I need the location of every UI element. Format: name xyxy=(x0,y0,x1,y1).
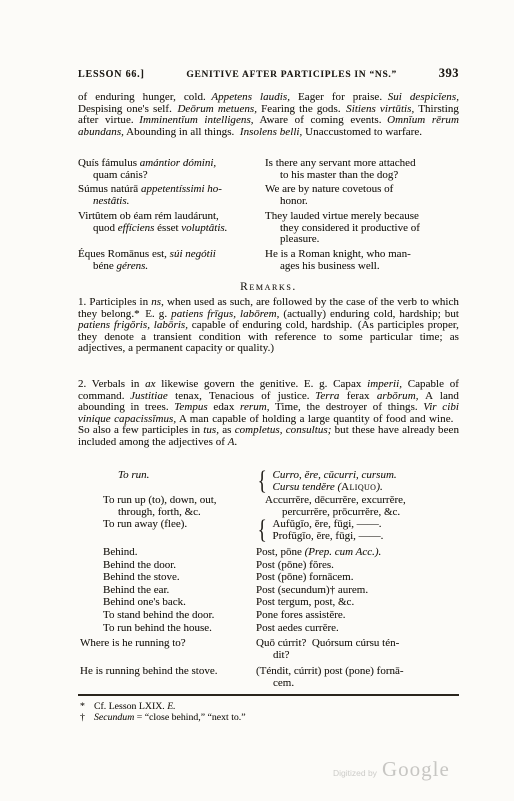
lesson-label: LESSON 66.] xyxy=(78,69,145,80)
text-line: to his master than the dog? xyxy=(265,170,459,182)
text-line: Post (pōne) fornācem. xyxy=(256,571,459,583)
footnote-mark: † xyxy=(78,712,94,723)
text-line: cem. xyxy=(256,677,459,689)
text-line: To run. xyxy=(118,469,256,481)
text-line: To stand behind the door. xyxy=(103,609,256,621)
text-line: He is running behind the stove. xyxy=(80,665,256,677)
vocab-english-phrase: Behind. xyxy=(78,546,256,558)
text-line: To run up (to), down, out, xyxy=(103,494,256,506)
text-line: Post (pōne) fŏres. xyxy=(256,559,459,571)
page-number: 393 xyxy=(439,66,459,81)
vocab-latin-phrase: Quō cúrrit? Quórsum cúrsu tén-dit? xyxy=(256,637,459,661)
vocab-row: Behind.Post, pōne (Prep. cum Acc.). xyxy=(78,546,459,558)
vocab-row: To run up (to), down, out,through, forth… xyxy=(78,494,459,518)
watermark: Digitized by Google xyxy=(333,757,450,782)
footnote: †Secundum = “close behind,” “next to.” xyxy=(78,712,459,723)
latin-sentence: Súmus natúrā appetentíssimi ho-nestâtis. xyxy=(78,184,258,208)
vocab-row: To stand behind the door.Pone fores assi… xyxy=(78,609,459,621)
vocab-latin-phrase: Pone fores assistĕre. xyxy=(256,609,459,621)
text-line: through, forth, &c. xyxy=(103,506,256,518)
vocab-english-phrase: To run. xyxy=(78,469,256,493)
text-line: Behind one's back. xyxy=(103,596,256,608)
footnote: *Cf. Lesson LXIX. E. xyxy=(78,701,459,712)
vocab-row: To run.{Curro, ĕre, cŭcurri, cursum.Curs… xyxy=(78,469,459,493)
english-translation: Is there any servant more attachedto his… xyxy=(258,158,459,182)
vocab-row: He is running behind the stove.(Téndit, … xyxy=(78,665,459,689)
remark-paragraph-2: 2. Verbals in ax likewise govern the gen… xyxy=(78,379,459,449)
text-line: To run behind the house. xyxy=(103,622,256,634)
latin-sentence: Éques Romānus est, súi negótiibéne géren… xyxy=(78,249,258,273)
footnote-text: Secundum = “close behind,” “next to.” xyxy=(94,712,459,723)
vocab-table: To run.{Curro, ĕre, cŭcurri, cursum.Curs… xyxy=(78,469,459,690)
vocab-english-phrase: To stand behind the door. xyxy=(78,609,256,621)
text-line: dit? xyxy=(256,649,459,661)
text-line: Behind the door. xyxy=(103,559,256,571)
vocab-row: Behind one's back.Post tergum, post, &c. xyxy=(78,596,459,608)
sentence-pair: Quís fámulus amántior dómini,quam cánis?… xyxy=(78,158,459,182)
sentence-pairs: Quís fámulus amántior dómini,quam cánis?… xyxy=(78,158,459,276)
text-line: Behind the stove. xyxy=(103,571,256,583)
vocab-row: To run behind the house.Post aedes currĕ… xyxy=(78,622,459,634)
vocab-latin-phrase: Post (pōne) fŏres. xyxy=(256,559,459,571)
text-line: Behind. xyxy=(103,546,256,558)
footnotes: *Cf. Lesson LXIX. E.†Secundum = “close b… xyxy=(78,701,459,724)
text-line: Post aedes currĕre. xyxy=(256,622,459,634)
text-line: Pone fores assistĕre. xyxy=(256,609,459,621)
vocab-row: To run away (flee).{Aufŭgĭo, ĕre, fūgi, … xyxy=(78,518,459,542)
brace-icon: { xyxy=(258,519,267,541)
text-line: To run away (flee). xyxy=(103,518,256,530)
english-translation: They lauded virtue merely becausethey co… xyxy=(258,211,459,247)
english-translation: He is a Roman knight, who man-ages his b… xyxy=(258,249,459,273)
intro-paragraph: of enduring hunger, cold. Appetens laudi… xyxy=(78,92,459,138)
watermark-prefix: Digitized by xyxy=(333,768,377,778)
vocab-latin-phrase: Post aedes currĕre. xyxy=(256,622,459,634)
google-logo: Google xyxy=(382,757,450,782)
page-title: GENITIVE AFTER PARTICIPLES IN “NS.” xyxy=(186,70,397,80)
brace-icon: { xyxy=(258,470,267,492)
text-line: quam cánis? xyxy=(78,170,258,182)
text-line: Behind the ear. xyxy=(103,584,256,596)
text-line: percurrĕre, prōcurrĕre, &c. xyxy=(265,506,459,518)
vocab-latin-phrase: Accurrĕre, dēcurrĕre, excurrĕre,percurrĕ… xyxy=(256,494,459,518)
vocab-row: Behind the ear.Post (secundum)† aurem. xyxy=(78,584,459,596)
vocab-english-phrase: To run away (flee). xyxy=(78,518,256,542)
text-line: Cursu tendĕre (Aliquo). xyxy=(272,481,396,493)
vocab-row: Behind the stove.Post (pōne) fornācem. xyxy=(78,571,459,583)
vocab-english-phrase: Behind the ear. xyxy=(78,584,256,596)
vocab-english-phrase: He is running behind the stove. xyxy=(78,665,256,689)
vocab-row: Behind the door.Post (pōne) fŏres. xyxy=(78,559,459,571)
text-line: béne gérens. xyxy=(78,261,258,273)
vocab-latin-phrase: Post, pōne (Prep. cum Acc.). xyxy=(256,546,459,558)
sentence-pair: Virtûtem ob éam rém laudárunt,quod effíc… xyxy=(78,211,459,247)
footnote-mark: * xyxy=(78,701,94,712)
page-header: LESSON 66.] GENITIVE AFTER PARTICIPLES I… xyxy=(78,66,459,81)
sentence-pair: Éques Romānus est, súi negótiibéne géren… xyxy=(78,249,459,273)
vocab-english-phrase: Where is he running to? xyxy=(78,637,256,661)
vocab-latin-phrase: (Téndit, cúrrit) post (pone) fornā-cem. xyxy=(256,665,459,689)
vocab-english-phrase: Behind the stove. xyxy=(78,571,256,583)
vocab-english-phrase: Behind one's back. xyxy=(78,596,256,608)
text-line: nestâtis. xyxy=(78,196,258,208)
text-line: Accurrĕre, dēcurrĕre, excurrĕre, xyxy=(265,494,459,506)
text-line: Quō cúrrit? Quórsum cúrsu tén- xyxy=(256,637,459,649)
vocab-english-phrase: Behind the door. xyxy=(78,559,256,571)
vocab-latin-phrase: Post (pōne) fornācem. xyxy=(256,571,459,583)
remark-paragraph-1: 1. Participles in ns, when used as such,… xyxy=(78,297,459,355)
vocab-latin-phrase: {Curro, ĕre, cŭcurri, cursum.Cursu tendĕ… xyxy=(256,469,459,493)
vocab-english-phrase: To run behind the house. xyxy=(78,622,256,634)
vocab-latin-phrase: Post (secundum)† aurem. xyxy=(256,584,459,596)
text-line: Profŭgĭo, ĕre, fūgi, ——. xyxy=(272,530,383,542)
text-line: honor. xyxy=(265,196,459,208)
remarks-heading: Remarks. xyxy=(78,281,459,293)
latin-sentence: Virtûtem ob éam rém laudárunt,quod effíc… xyxy=(78,211,258,247)
text-line: Post (secundum)† aurem. xyxy=(256,584,459,596)
vocab-latin-phrase: Post tergum, post, &c. xyxy=(256,596,459,608)
vocab-row: Where is he running to?Quō cúrrit? Quórs… xyxy=(78,637,459,661)
footnote-text: Cf. Lesson LXIX. E. xyxy=(94,701,459,712)
book-page: LESSON 66.] GENITIVE AFTER PARTICIPLES I… xyxy=(0,0,514,801)
text-line: Aufŭgĭo, ĕre, fūgi, ——. xyxy=(272,518,383,530)
text-line: ages his business well. xyxy=(265,261,459,273)
text-line: (Téndit, cúrrit) post (pone) fornā- xyxy=(256,665,459,677)
text-line: Curro, ĕre, cŭcurri, cursum. xyxy=(272,469,396,481)
vocab-english-phrase: To run up (to), down, out,through, forth… xyxy=(78,494,256,518)
text-line: Post tergum, post, &c. xyxy=(256,596,459,608)
text-line: quod effíciens ésset voluptâtis. xyxy=(78,223,258,235)
latin-sentence: Quís fámulus amántior dómini,quam cánis? xyxy=(78,158,258,182)
english-translation: We are by nature covetous ofhonor. xyxy=(258,184,459,208)
text-line: Where is he running to? xyxy=(80,637,256,649)
sentence-pair: Súmus natúrā appetentíssimi ho-nestâtis.… xyxy=(78,184,459,208)
vocab-latin-phrase: {Aufŭgĭo, ĕre, fūgi, ——.Profŭgĭo, ĕre, f… xyxy=(256,518,459,542)
text-line: pleasure. xyxy=(265,234,459,246)
text-line: Post, pōne (Prep. cum Acc.). xyxy=(256,546,459,558)
footnote-rule xyxy=(78,694,459,696)
